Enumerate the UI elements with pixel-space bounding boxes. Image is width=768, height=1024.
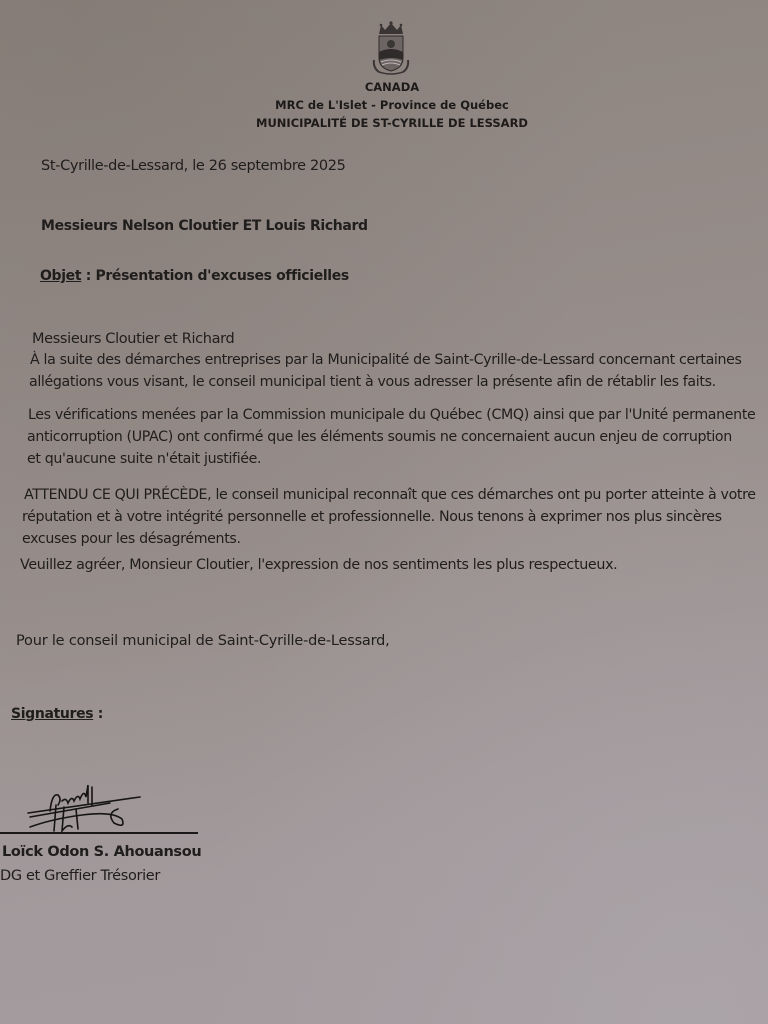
paragraph-line: Les vérifications menées par la Commissi… — [28, 407, 755, 423]
handwritten-signature-icon — [22, 783, 142, 833]
subject-text: Présentation d'excuses officielles — [95, 268, 348, 284]
signatures-separator: : — [93, 706, 103, 722]
salutation: Messieurs Cloutier et Richard — [32, 331, 234, 347]
paragraph-line: allégations vous visant, le conseil muni… — [29, 374, 716, 390]
subject-separator: : — [81, 268, 95, 284]
paragraph-line: ATTENDU CE QUI PRÉCÈDE, le conseil munic… — [24, 487, 756, 503]
paragraph-line: excuses pour les désagréments. — [22, 531, 241, 547]
signatory-title: DG et Greffier Trésorier — [0, 868, 160, 884]
recipients: Messieurs Nelson Cloutier ET Louis Richa… — [41, 218, 368, 234]
letterhead-region: MRC de L'Islet - Province de Québec — [8, 98, 768, 112]
signatory-name: Loïck Odon S. Ahouansou — [2, 844, 201, 860]
paragraph-line: À la suite des démarches entreprises par… — [30, 352, 742, 368]
closing: Veuillez agréer, Monsieur Cloutier, l'ex… — [20, 557, 617, 573]
paragraph-line: réputation et à votre intégrité personne… — [22, 509, 722, 525]
signature-line — [0, 832, 198, 834]
subject-label: Objet — [40, 268, 81, 284]
subject-line: Objet : Présentation d'excuses officiell… — [40, 268, 349, 284]
letterhead-country: CANADA — [8, 80, 768, 94]
signatures-label: Signatures — [11, 706, 93, 722]
letterhead-municipality: MUNICIPALITÉ DE ST-CYRILLE DE LESSARD — [8, 116, 768, 130]
municipal-coat-of-arms-icon — [371, 20, 411, 76]
on-behalf: Pour le conseil municipal de Saint-Cyril… — [16, 633, 390, 649]
paragraph-line: anticorruption (UPAC) ont confirmé que l… — [27, 429, 732, 445]
paragraph-line: et qu'aucune suite n'était justifiée. — [27, 451, 261, 467]
signatures-heading: Signatures : — [11, 706, 103, 722]
place-date: St-Cyrille-de-Lessard, le 26 septembre 2… — [41, 158, 346, 174]
